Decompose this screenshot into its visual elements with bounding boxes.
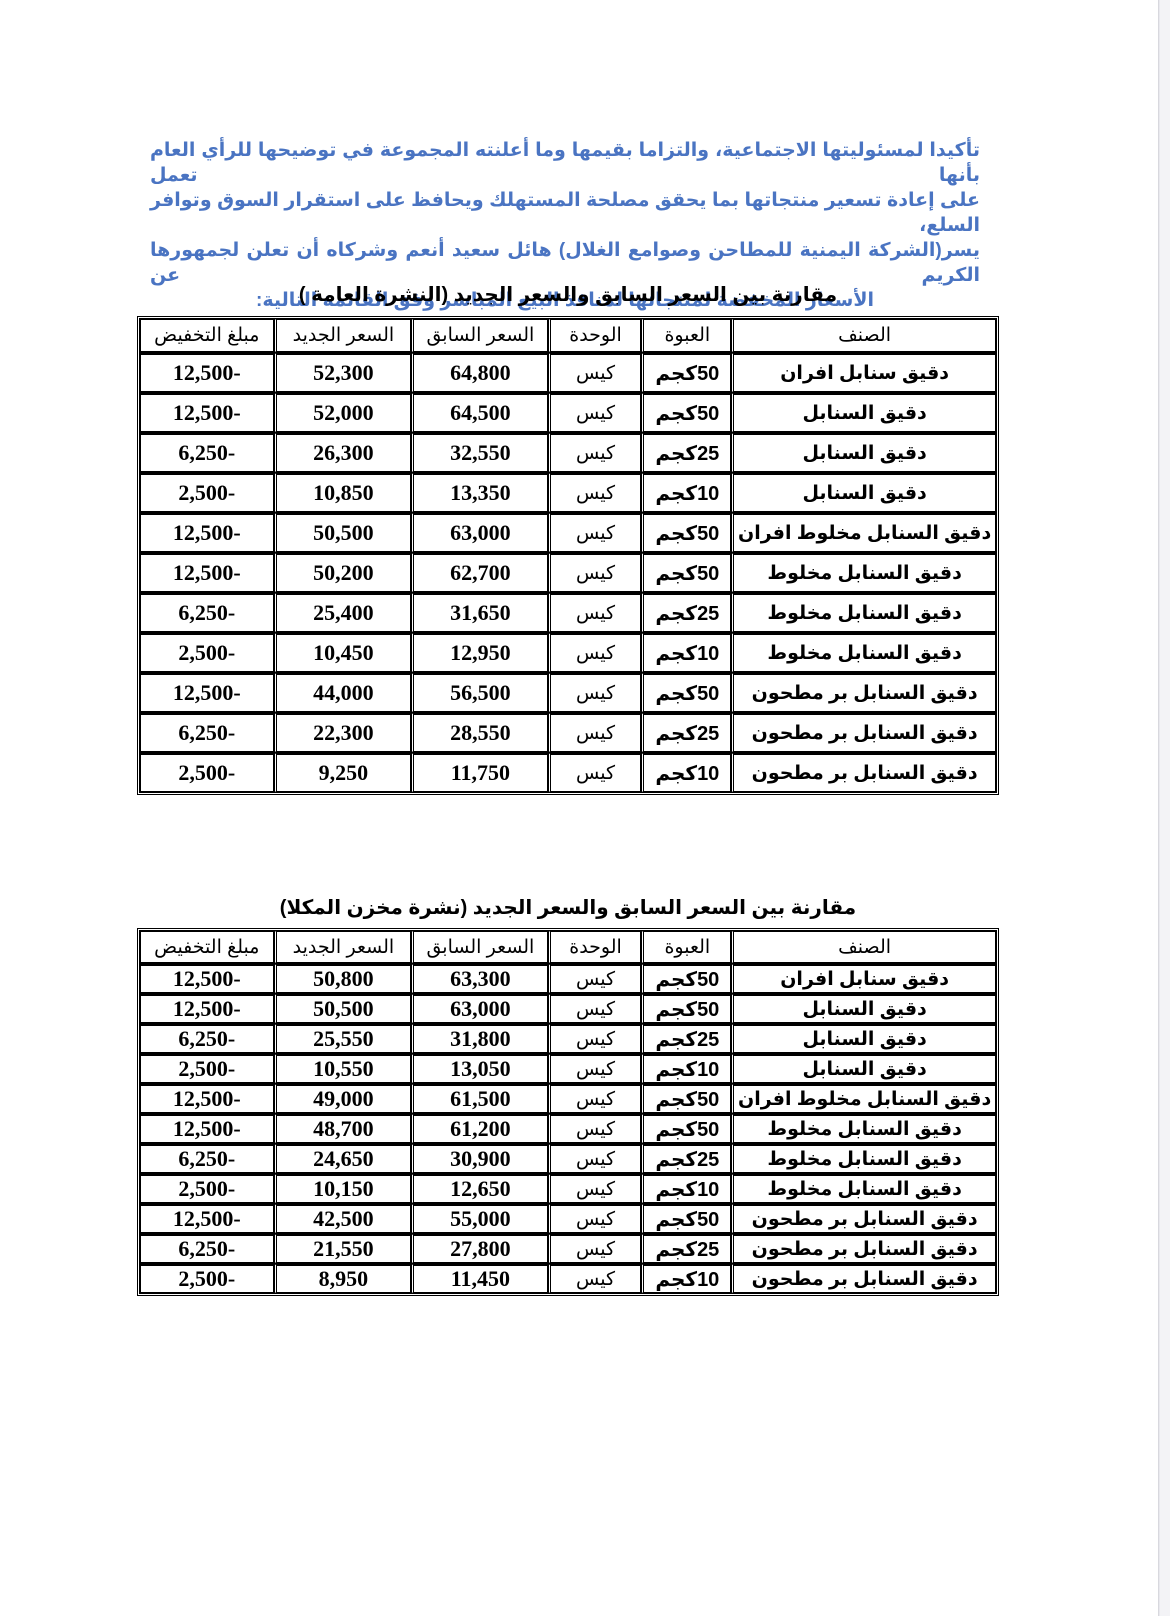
unit-cell: كيس: [548, 472, 642, 512]
new-price-cell: 10,850: [274, 472, 412, 512]
new-price-cell: 25,400: [274, 592, 412, 632]
discount-cell: -2,500: [140, 1053, 274, 1083]
table-row: دقيق السنابل25كجمكيس32,55026,300-6,250: [140, 432, 996, 472]
table-row: دقيق السنابل50كجمكيس63,00050,500-12,500: [140, 993, 996, 1023]
new-price-cell: 10,450: [274, 632, 412, 672]
table-row: دقيق السنابل مخلوط25كجمكيس31,65025,400-6…: [140, 592, 996, 632]
previous-price-cell: 63,000: [411, 512, 548, 552]
table-header-row: الصنف العبوة الوحدة السعر السابق السعر ا…: [140, 319, 996, 352]
pack-size-cell: 50كجم: [641, 1083, 731, 1113]
unit-cell: كيس: [548, 592, 642, 632]
table-row: دقيق السنابل10كجمكيس13,35010,850-2,500: [140, 472, 996, 512]
previous-price-cell: 64,500: [411, 392, 548, 432]
unit-cell: كيس: [548, 1233, 642, 1263]
table-row: دقيق السنابل مخلوط10كجمكيس12,95010,450-2…: [140, 632, 996, 672]
previous-price-cell: 31,800: [411, 1023, 548, 1053]
product-name-cell: دقيق السنابل بر مطحون: [731, 1263, 996, 1293]
header-discount: مبلغ التخفيض: [140, 931, 274, 963]
table-row: دقيق السنابل مخلوط افران50كجمكيس63,00050…: [140, 512, 996, 552]
header-name: الصنف: [731, 319, 996, 352]
product-name-cell: دقيق السنابل: [731, 392, 996, 432]
header-prev-price: السعر السابق: [411, 931, 548, 963]
discount-cell: -2,500: [140, 752, 274, 792]
discount-cell: -2,500: [140, 632, 274, 672]
product-name-cell: دقيق سنابل افران: [731, 963, 996, 993]
previous-price-cell: 63,300: [411, 963, 548, 993]
price-table-general: الصنف العبوة الوحدة السعر السابق السعر ا…: [137, 316, 999, 795]
previous-price-cell: 11,450: [411, 1263, 548, 1293]
new-price-cell: 50,500: [274, 993, 412, 1023]
discount-cell: -12,500: [140, 1203, 274, 1233]
previous-price-cell: 61,500: [411, 1083, 548, 1113]
previous-price-cell: 11,750: [411, 752, 548, 792]
new-price-cell: 8,950: [274, 1263, 412, 1293]
unit-cell: كيس: [548, 392, 642, 432]
discount-cell: -6,250: [140, 1143, 274, 1173]
new-price-cell: 25,550: [274, 1023, 412, 1053]
table-row: دقيق السنابل بر مطحون25كجمكيس27,80021,55…: [140, 1233, 996, 1263]
table-row: دقيق السنابل بر مطحون10كجمكيس11,4508,950…: [140, 1263, 996, 1293]
header-prev-price: السعر السابق: [411, 319, 548, 352]
header-pack: العبوة: [641, 931, 731, 963]
product-name-cell: دقيق السنابل بر مطحون: [731, 1233, 996, 1263]
table-header-row: الصنف العبوة الوحدة السعر السابق السعر ا…: [140, 931, 996, 963]
discount-cell: -12,500: [140, 512, 274, 552]
pack-size-cell: 25كجم: [641, 1143, 731, 1173]
pack-size-cell: 50كجم: [641, 552, 731, 592]
unit-cell: كيس: [548, 1173, 642, 1203]
unit-cell: كيس: [548, 672, 642, 712]
table-row: دقيق السنابل بر مطحون50كجمكيس55,00042,50…: [140, 1203, 996, 1233]
product-name-cell: دقيق السنابل مخلوط افران: [731, 512, 996, 552]
new-price-cell: 42,500: [274, 1203, 412, 1233]
unit-cell: كيس: [548, 432, 642, 472]
previous-price-cell: 61,200: [411, 1113, 548, 1143]
previous-price-cell: 27,800: [411, 1233, 548, 1263]
discount-cell: -2,500: [140, 1263, 274, 1293]
discount-cell: -6,250: [140, 1023, 274, 1053]
previous-price-cell: 13,350: [411, 472, 548, 512]
table-row: دقيق السنابل مخلوط50كجمكيس61,20048,700-1…: [140, 1113, 996, 1143]
unit-cell: كيس: [548, 752, 642, 792]
table-row: دقيق سنابل افران50كجمكيس63,30050,800-12,…: [140, 963, 996, 993]
discount-cell: -2,500: [140, 1173, 274, 1203]
previous-price-cell: 55,000: [411, 1203, 548, 1233]
product-name-cell: دقيق السنابل: [731, 432, 996, 472]
table-row: دقيق السنابل10كجمكيس13,05010,550-2,500: [140, 1053, 996, 1083]
header-name: الصنف: [731, 931, 996, 963]
header-pack: العبوة: [641, 319, 731, 352]
discount-cell: -12,500: [140, 963, 274, 993]
unit-cell: كيس: [548, 1083, 642, 1113]
new-price-cell: 26,300: [274, 432, 412, 472]
table-row: دقيق السنابل50كجمكيس64,50052,000-12,500: [140, 392, 996, 432]
product-name-cell: دقيق السنابل بر مطحون: [731, 672, 996, 712]
new-price-cell: 52,000: [274, 392, 412, 432]
product-name-cell: دقيق السنابل بر مطحون: [731, 1203, 996, 1233]
pack-size-cell: 25كجم: [641, 712, 731, 752]
previous-price-cell: 13,050: [411, 1053, 548, 1083]
discount-cell: -12,500: [140, 993, 274, 1023]
unit-cell: كيس: [548, 1053, 642, 1083]
new-price-cell: 48,700: [274, 1113, 412, 1143]
new-price-cell: 52,300: [274, 352, 412, 392]
product-name-cell: دقيق السنابل مخلوط: [731, 592, 996, 632]
new-price-cell: 50,800: [274, 963, 412, 993]
pack-size-cell: 50كجم: [641, 512, 731, 552]
new-price-cell: 49,000: [274, 1083, 412, 1113]
new-price-cell: 21,550: [274, 1233, 412, 1263]
unit-cell: كيس: [548, 512, 642, 552]
discount-cell: -12,500: [140, 672, 274, 712]
unit-cell: كيس: [548, 352, 642, 392]
unit-cell: كيس: [548, 993, 642, 1023]
unit-cell: كيس: [548, 1113, 642, 1143]
previous-price-cell: 64,800: [411, 352, 548, 392]
table-row: دقيق السنابل بر مطحون10كجمكيس11,7509,250…: [140, 752, 996, 792]
header-unit: الوحدة: [548, 931, 642, 963]
header-new-price: السعر الجديد: [274, 931, 412, 963]
intro-line-1: تأكيدا لمسئوليتها الاجتماعية، والتزاما ب…: [150, 138, 980, 188]
pack-size-cell: 10كجم: [641, 632, 731, 672]
new-price-cell: 22,300: [274, 712, 412, 752]
discount-cell: -12,500: [140, 1113, 274, 1143]
pack-size-cell: 10كجم: [641, 752, 731, 792]
table-row: دقيق السنابل25كجمكيس31,80025,550-6,250: [140, 1023, 996, 1053]
pack-size-cell: 50كجم: [641, 392, 731, 432]
discount-cell: -12,500: [140, 392, 274, 432]
previous-price-cell: 12,650: [411, 1173, 548, 1203]
unit-cell: كيس: [548, 1143, 642, 1173]
pack-size-cell: 25كجم: [641, 592, 731, 632]
product-name-cell: دقيق السنابل: [731, 1023, 996, 1053]
product-name-cell: دقيق السنابل مخلوط: [731, 632, 996, 672]
new-price-cell: 10,150: [274, 1173, 412, 1203]
unit-cell: كيس: [548, 1023, 642, 1053]
unit-cell: كيس: [548, 1263, 642, 1293]
table-row: دقيق السنابل مخلوط افران50كجمكيس61,50049…: [140, 1083, 996, 1113]
discount-cell: -2,500: [140, 472, 274, 512]
unit-cell: كيس: [548, 1203, 642, 1233]
pack-size-cell: 25كجم: [641, 1233, 731, 1263]
pack-size-cell: 50كجم: [641, 993, 731, 1023]
header-discount: مبلغ التخفيض: [140, 319, 274, 352]
table1-title: مقارنة بين السعر السابق والسعر الجديد (ا…: [137, 282, 999, 307]
product-name-cell: دقيق السنابل: [731, 472, 996, 512]
product-name-cell: دقيق السنابل بر مطحون: [731, 712, 996, 752]
table2-title: مقارنة بين السعر السابق والسعر الجديد (ن…: [137, 895, 999, 920]
pack-size-cell: 10كجم: [641, 472, 731, 512]
intro-line-3: يسر(الشركة اليمنية للمطاحن وصوامع الغلال…: [150, 238, 980, 288]
header-new-price: السعر الجديد: [274, 319, 412, 352]
previous-price-cell: 28,550: [411, 712, 548, 752]
new-price-cell: 44,000: [274, 672, 412, 712]
previous-price-cell: 56,500: [411, 672, 548, 712]
table-row: دقيق السنابل بر مطحون50كجمكيس56,50044,00…: [140, 672, 996, 712]
discount-cell: -12,500: [140, 352, 274, 392]
pack-size-cell: 50كجم: [641, 963, 731, 993]
price-table-mukalla: الصنف العبوة الوحدة السعر السابق السعر ا…: [137, 928, 999, 1296]
discount-cell: -12,500: [140, 552, 274, 592]
table-row: دقيق السنابل بر مطحون25كجمكيس28,55022,30…: [140, 712, 996, 752]
product-name-cell: دقيق السنابل بر مطحون: [731, 752, 996, 792]
discount-cell: -6,250: [140, 1233, 274, 1263]
header-unit: الوحدة: [548, 319, 642, 352]
product-name-cell: دقيق السنابل مخلوط: [731, 1173, 996, 1203]
new-price-cell: 9,250: [274, 752, 412, 792]
unit-cell: كيس: [548, 712, 642, 752]
pack-size-cell: 25كجم: [641, 432, 731, 472]
pack-size-cell: 10كجم: [641, 1053, 731, 1083]
pack-size-cell: 50كجم: [641, 352, 731, 392]
table-row: دقيق سنابل افران50كجمكيس64,80052,300-12,…: [140, 352, 996, 392]
discount-cell: -6,250: [140, 712, 274, 752]
pack-size-cell: 50كجم: [641, 1203, 731, 1233]
previous-price-cell: 31,650: [411, 592, 548, 632]
pack-size-cell: 50كجم: [641, 672, 731, 712]
new-price-cell: 24,650: [274, 1143, 412, 1173]
pack-size-cell: 25كجم: [641, 1023, 731, 1053]
table-row: دقيق السنابل مخلوط25كجمكيس30,90024,650-6…: [140, 1143, 996, 1173]
table-row: دقيق السنابل مخلوط10كجمكيس12,65010,150-2…: [140, 1173, 996, 1203]
previous-price-cell: 12,950: [411, 632, 548, 672]
previous-price-cell: 62,700: [411, 552, 548, 592]
viewer-edge-strip: [1160, 0, 1170, 1616]
product-name-cell: دقيق السنابل مخلوط افران: [731, 1083, 996, 1113]
product-name-cell: دقيق سنابل افران: [731, 352, 996, 392]
new-price-cell: 50,200: [274, 552, 412, 592]
product-name-cell: دقيق السنابل: [731, 1053, 996, 1083]
intro-line-2: على إعادة تسعير منتجاتها بما يحقق مصلحة …: [150, 188, 980, 238]
discount-cell: -12,500: [140, 1083, 274, 1113]
previous-price-cell: 32,550: [411, 432, 548, 472]
product-name-cell: دقيق السنابل مخلوط: [731, 1113, 996, 1143]
new-price-cell: 50,500: [274, 512, 412, 552]
pack-size-cell: 10كجم: [641, 1173, 731, 1203]
table-row: دقيق السنابل مخلوط50كجمكيس62,70050,200-1…: [140, 552, 996, 592]
discount-cell: -6,250: [140, 592, 274, 632]
previous-price-cell: 30,900: [411, 1143, 548, 1173]
pack-size-cell: 10كجم: [641, 1263, 731, 1293]
unit-cell: كيس: [548, 632, 642, 672]
pack-size-cell: 50كجم: [641, 1113, 731, 1143]
previous-price-cell: 63,000: [411, 993, 548, 1023]
product-name-cell: دقيق السنابل مخلوط: [731, 1143, 996, 1173]
unit-cell: كيس: [548, 963, 642, 993]
new-price-cell: 10,550: [274, 1053, 412, 1083]
discount-cell: -6,250: [140, 432, 274, 472]
product-name-cell: دقيق السنابل مخلوط: [731, 552, 996, 592]
unit-cell: كيس: [548, 552, 642, 592]
product-name-cell: دقيق السنابل: [731, 993, 996, 1023]
